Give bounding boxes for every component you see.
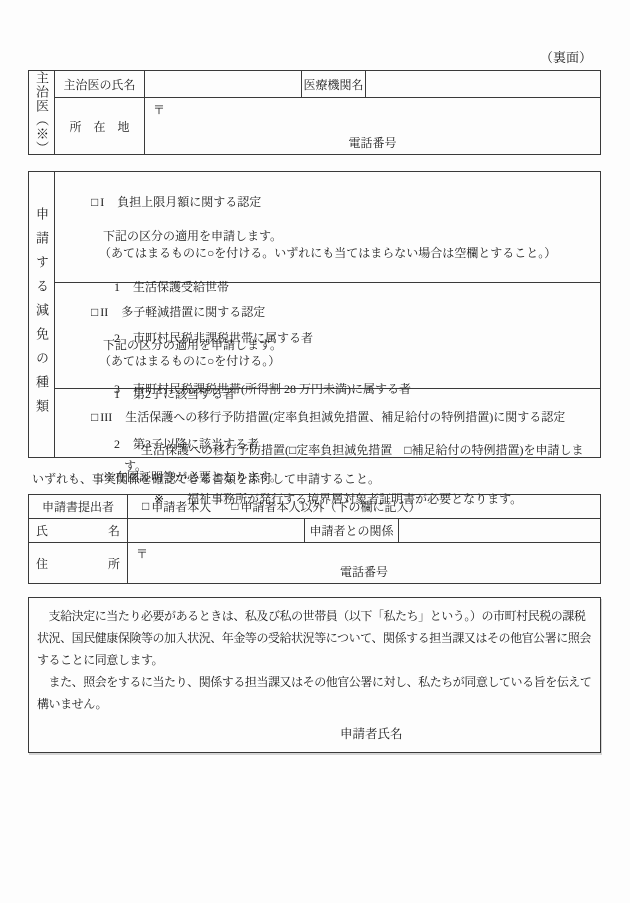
doctor-address-row: 所 在 地 〒 電話番号 — [55, 98, 600, 154]
submitter-address-field: 〒 電話番号 — [128, 543, 600, 583]
section-2-title-line: □II多子軽減措置に関する認定 — [55, 287, 600, 337]
checkbox-section-1-icon: □ — [91, 195, 98, 209]
section-2-numeral: II — [100, 305, 108, 319]
relation-label: 申請者との関係 — [305, 519, 399, 542]
section-2-title: 多子軽減措置に関する認定 — [121, 305, 265, 319]
option-self-label: 申請者本人 — [151, 498, 211, 515]
submitter-address-label: 住 所 — [29, 543, 128, 583]
attachment-instruction: いずれも、事実関係を確認できる書類を添付して申請すること。 — [32, 470, 380, 487]
submitter-phone-label: 電話番号 — [128, 563, 600, 580]
section-3-title-line: □III生活保護への移行予防措置(定率負担減免措置、補足給付の特例措置)に関する… — [55, 392, 600, 442]
doctor-address-label: 所 在 地 — [55, 98, 145, 154]
medical-institution-label: 医療機関名 — [302, 71, 366, 97]
section-3-title: 生活保護への移行予防措置(定率負担減免措置、補足給付の特例措置)に関する認定 — [125, 410, 565, 424]
section-1-title: 負担上限月額に関する認定 — [117, 195, 261, 209]
form-back-page: （裏面） 主治医（※） 主治医の氏名 医療機関名 所 在 地 〒 電話番号 — [0, 0, 630, 903]
doctor-phone-label: 電話番号 — [145, 134, 600, 151]
exemption-vertical-label-cell: 申請する減免の種類 — [29, 172, 55, 457]
checkbox-other-icon: □ — [231, 499, 238, 514]
section-3-numeral: III — [100, 410, 112, 424]
consent-box: 支給決定に当たり必要があるときは、私及び私の世帯員（以下「私たち」という。）の市… — [28, 597, 601, 753]
doctor-address-field: 〒 電話番号 — [145, 98, 600, 154]
consent-line: 状況、国民健康保険等の加入状況、年金等の受給状況等について、関係する担当課又はそ… — [37, 627, 592, 649]
submitter-name-field — [128, 519, 305, 542]
consent-line: 構いません。 — [37, 693, 592, 715]
consent-line: また、照会をするに当たり、関係する担当課又はその他官公署に対し、私たちが同意して… — [37, 671, 592, 693]
back-side-note: （裏面） — [540, 47, 592, 66]
checkbox-section-2-icon: □ — [91, 305, 98, 319]
postal-mark-icon: 〒 — [136, 545, 148, 562]
doctor-table: 主治医（※） 主治医の氏名 医療機関名 所 在 地 〒 電話番号 — [28, 70, 601, 155]
section-2-instruction: （あてはまるものに○を付ける。） — [55, 353, 600, 370]
medical-institution-field — [366, 71, 600, 97]
applicant-signature-label: 申請者氏名 — [37, 724, 592, 742]
exemption-table: 申請する減免の種類 □I負担上限月額に関する認定 下記の区分の適用を申請します。… — [28, 171, 601, 458]
submitter-address-row: 住 所 〒 電話番号 — [29, 543, 600, 583]
doctor-name-label: 主治医の氏名 — [55, 71, 145, 97]
checkbox-self-icon: □ — [142, 499, 149, 514]
doctor-table-body: 主治医の氏名 医療機関名 所 在 地 〒 電話番号 — [55, 71, 600, 154]
option-other-label: 申請者本人以外（下の欄に記入） — [241, 498, 421, 515]
submitter-name-label: 氏 名 — [29, 519, 128, 542]
exemption-sections: □I負担上限月額に関する認定 下記の区分の適用を申請します。 （あてはまるものに… — [55, 172, 600, 457]
submitter-table: 申請書提出者 □申請者本人 □申請者本人以外（下の欄に記入） 氏 名 申請者との… — [28, 494, 601, 584]
relation-field — [399, 519, 600, 542]
submitter-name-row: 氏 名 申請者との関係 — [29, 519, 600, 543]
doctor-name-row: 主治医の氏名 医療機関名 — [55, 71, 600, 98]
submitter-row: 申請書提出者 □申請者本人 □申請者本人以外（下の欄に記入） — [29, 495, 600, 519]
section-2-subline: 下記の区分の適用を申請します。 — [55, 337, 600, 354]
consent-line: 支給決定に当たり必要があるときは、私及び私の世帯員（以下「私たち」という。）の市… — [37, 605, 592, 627]
exemption-vertical-label: 申請する減免の種類 — [32, 207, 51, 423]
section-1-title-line: □I負担上限月額に関する認定 — [55, 177, 600, 228]
consent-line: することに同意します。 — [37, 649, 592, 671]
doctor-name-field — [145, 71, 302, 97]
section-1-numeral: I — [100, 195, 104, 209]
submitter-label: 申請書提出者 — [29, 495, 128, 518]
doctor-vertical-label: 主治医（※） — [32, 71, 51, 155]
checkbox-section-3-icon: □ — [91, 410, 98, 424]
submitter-options: □申請者本人 □申請者本人以外（下の欄に記入） — [128, 495, 600, 518]
postal-mark-icon: 〒 — [153, 101, 165, 118]
section-3-body-line: 生活保護への移行予防措置(□定率負担減免措置 □補足給付の特例措置)を申請しま — [55, 442, 600, 459]
section-1: □I負担上限月額に関する認定 下記の区分の適用を申請します。 （あてはまるものに… — [55, 172, 600, 283]
section-1-subline: 下記の区分の適用を申請します。 — [55, 228, 600, 245]
section-1-instruction: （あてはまるものに○を付ける。いずれにも当てはまらない場合は空欄とすること。） — [55, 245, 600, 262]
section-2: □II多子軽減措置に関する認定 下記の区分の適用を申請します。 （あてはまるもの… — [55, 283, 600, 389]
doctor-vertical-label-cell: 主治医（※） — [29, 71, 55, 154]
